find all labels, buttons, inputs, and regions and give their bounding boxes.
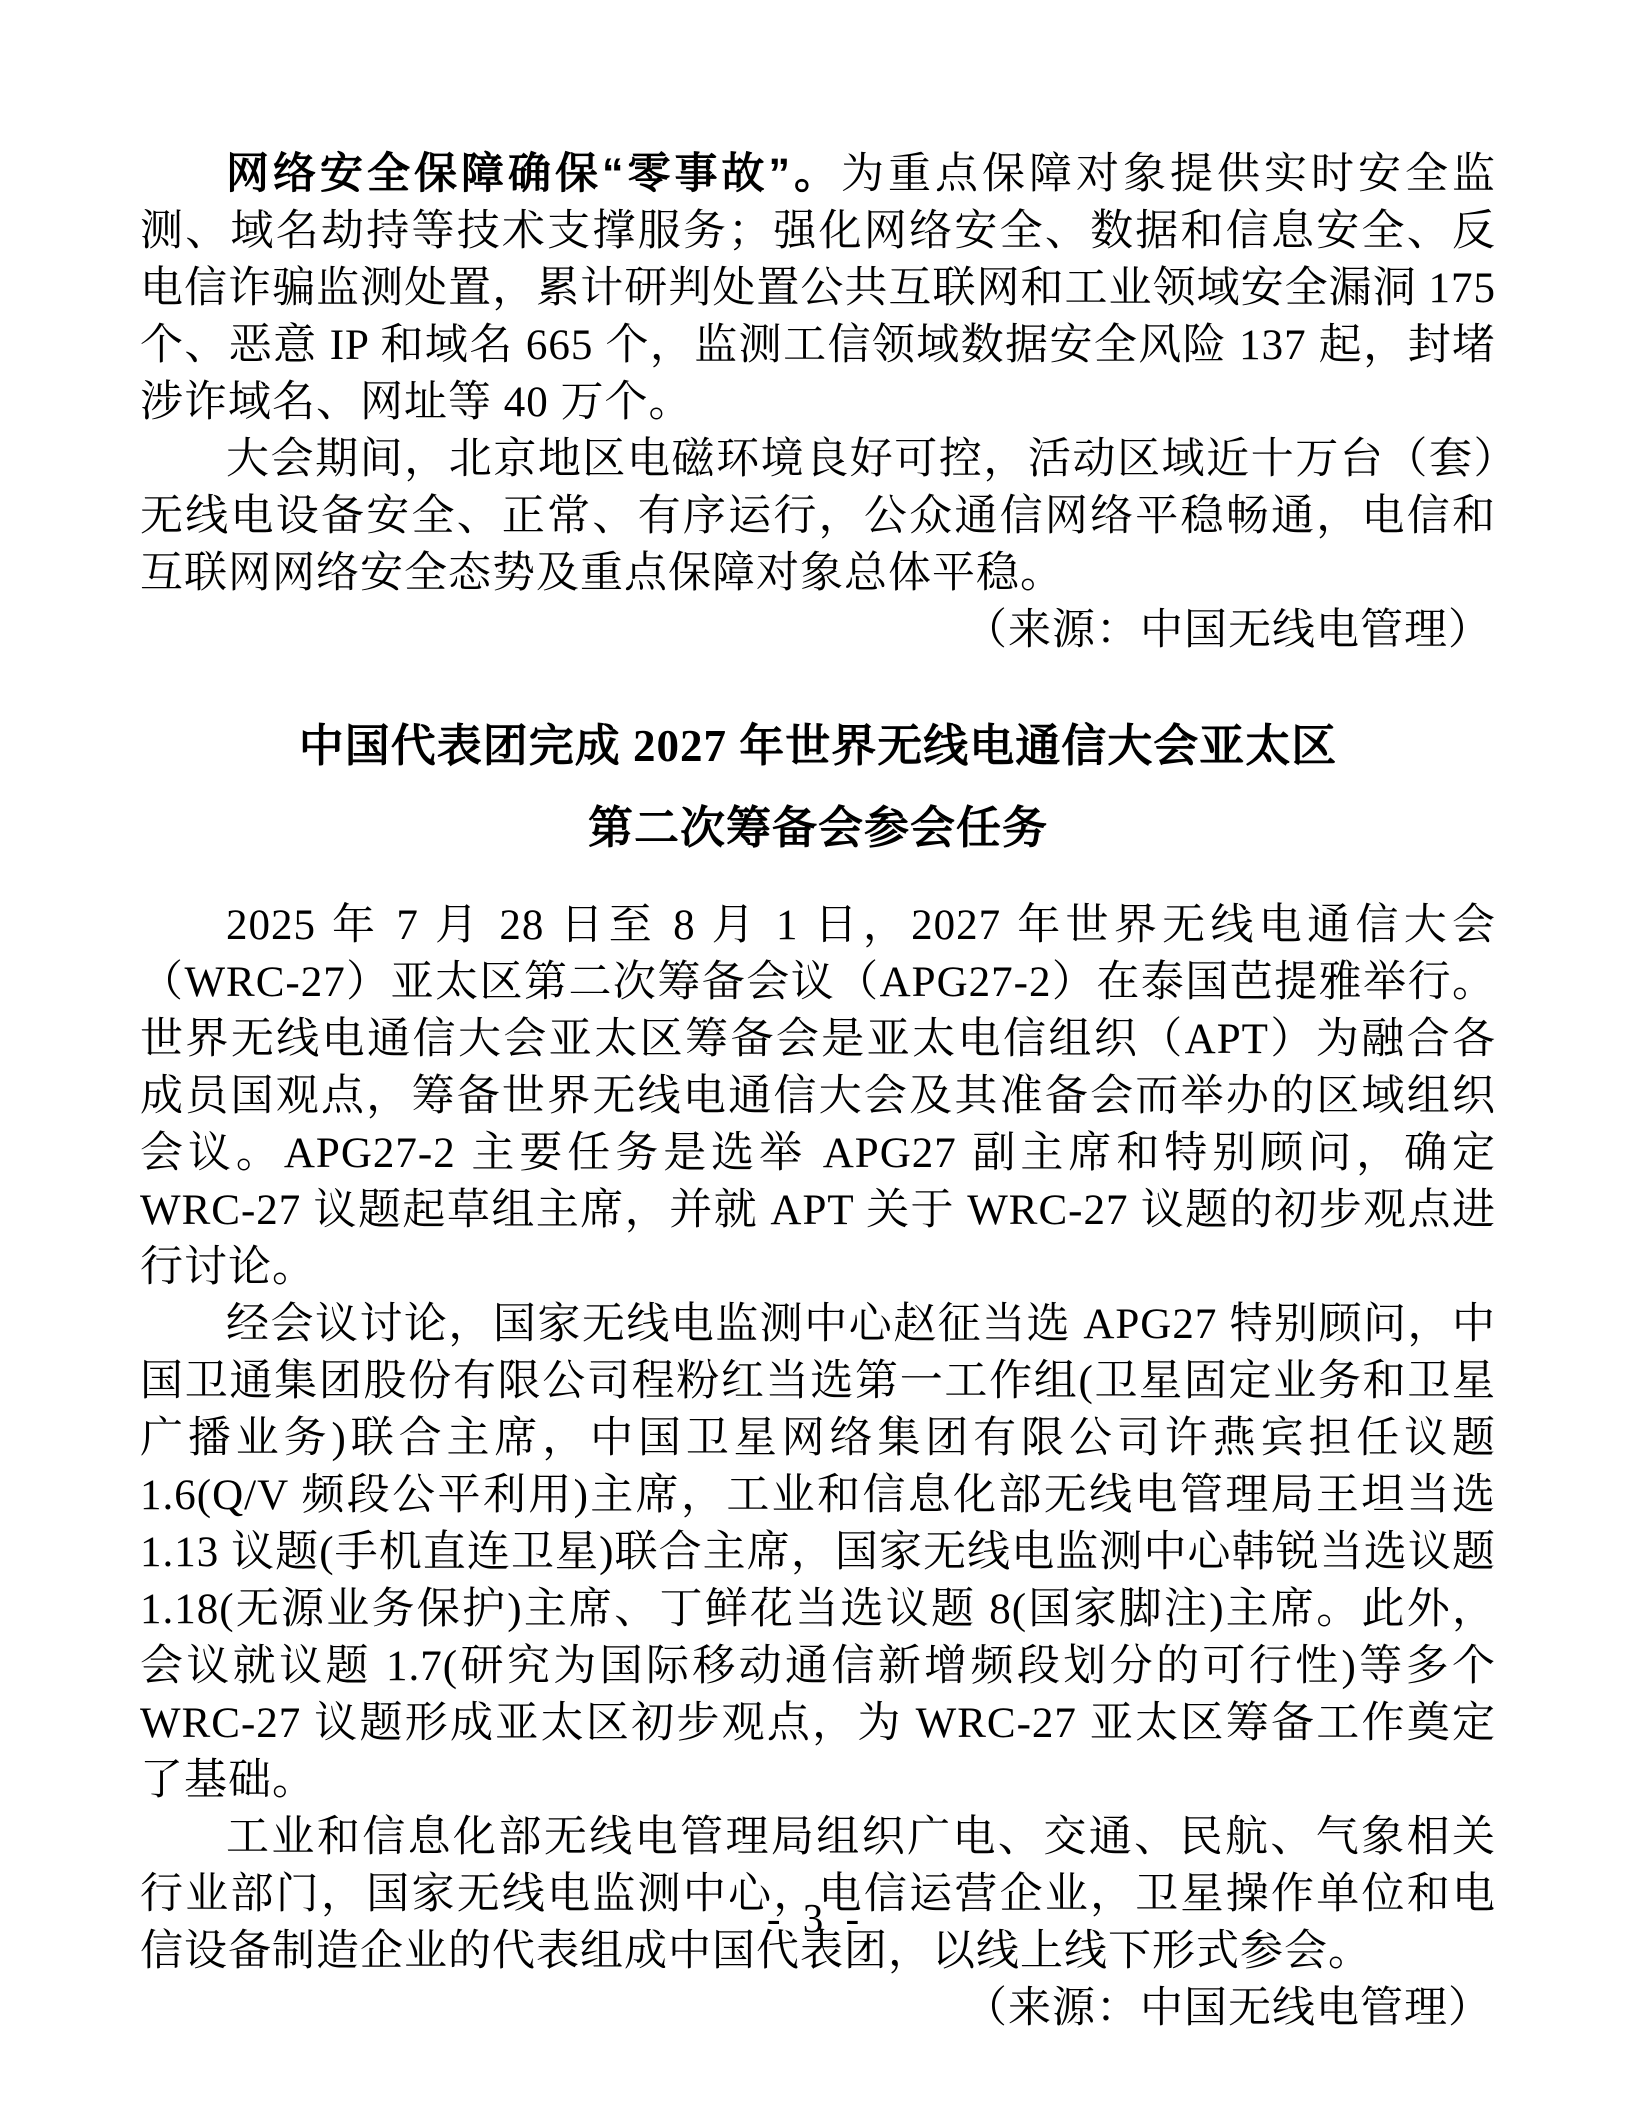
article1-paragraph-2: 大会期间，北京地区电磁环境良好可控，活动区域近十万台（套）无线电设备安全、正常、…	[140, 431, 1496, 602]
page-number: - 3 -	[0, 1893, 1632, 1943]
document-page: 网络安全保障确保“零事故”。为重点保障对象提供实时安全监测、域名劫持等技术支撑服…	[0, 0, 1632, 2112]
article2-paragraph-2: 经会议讨论，国家无线电监测中心赵征当选 APG27 特别顾问，中国卫通集团股份有…	[140, 1296, 1496, 1809]
article2-title-line2: 第二次筹备会参会任务	[140, 787, 1496, 869]
article2-title-line1: 中国代表团完成 2027 年世界无线电通信大会亚太区	[140, 705, 1496, 787]
article2-source-attribution: （来源：中国无线电管理）	[140, 1980, 1496, 2037]
article2-paragraph-1: 2025 年 7 月 28 日至 8 月 1 日，2027 年世界无线电通信大会…	[140, 897, 1496, 1296]
article1-paragraph-1: 网络安全保障确保“零事故”。为重点保障对象提供实时安全监测、域名劫持等技术支撑服…	[140, 146, 1496, 431]
article2-title: 中国代表团完成 2027 年世界无线电通信大会亚太区 第二次筹备会参会任务	[140, 705, 1496, 869]
article1-bold-lead: 网络安全保障确保“零事故”。	[226, 150, 841, 198]
document-text-block: 网络安全保障确保“零事故”。为重点保障对象提供实时安全监测、域名劫持等技术支撑服…	[140, 146, 1496, 2037]
article1-source-attribution: （来源：中国无线电管理）	[140, 602, 1496, 659]
